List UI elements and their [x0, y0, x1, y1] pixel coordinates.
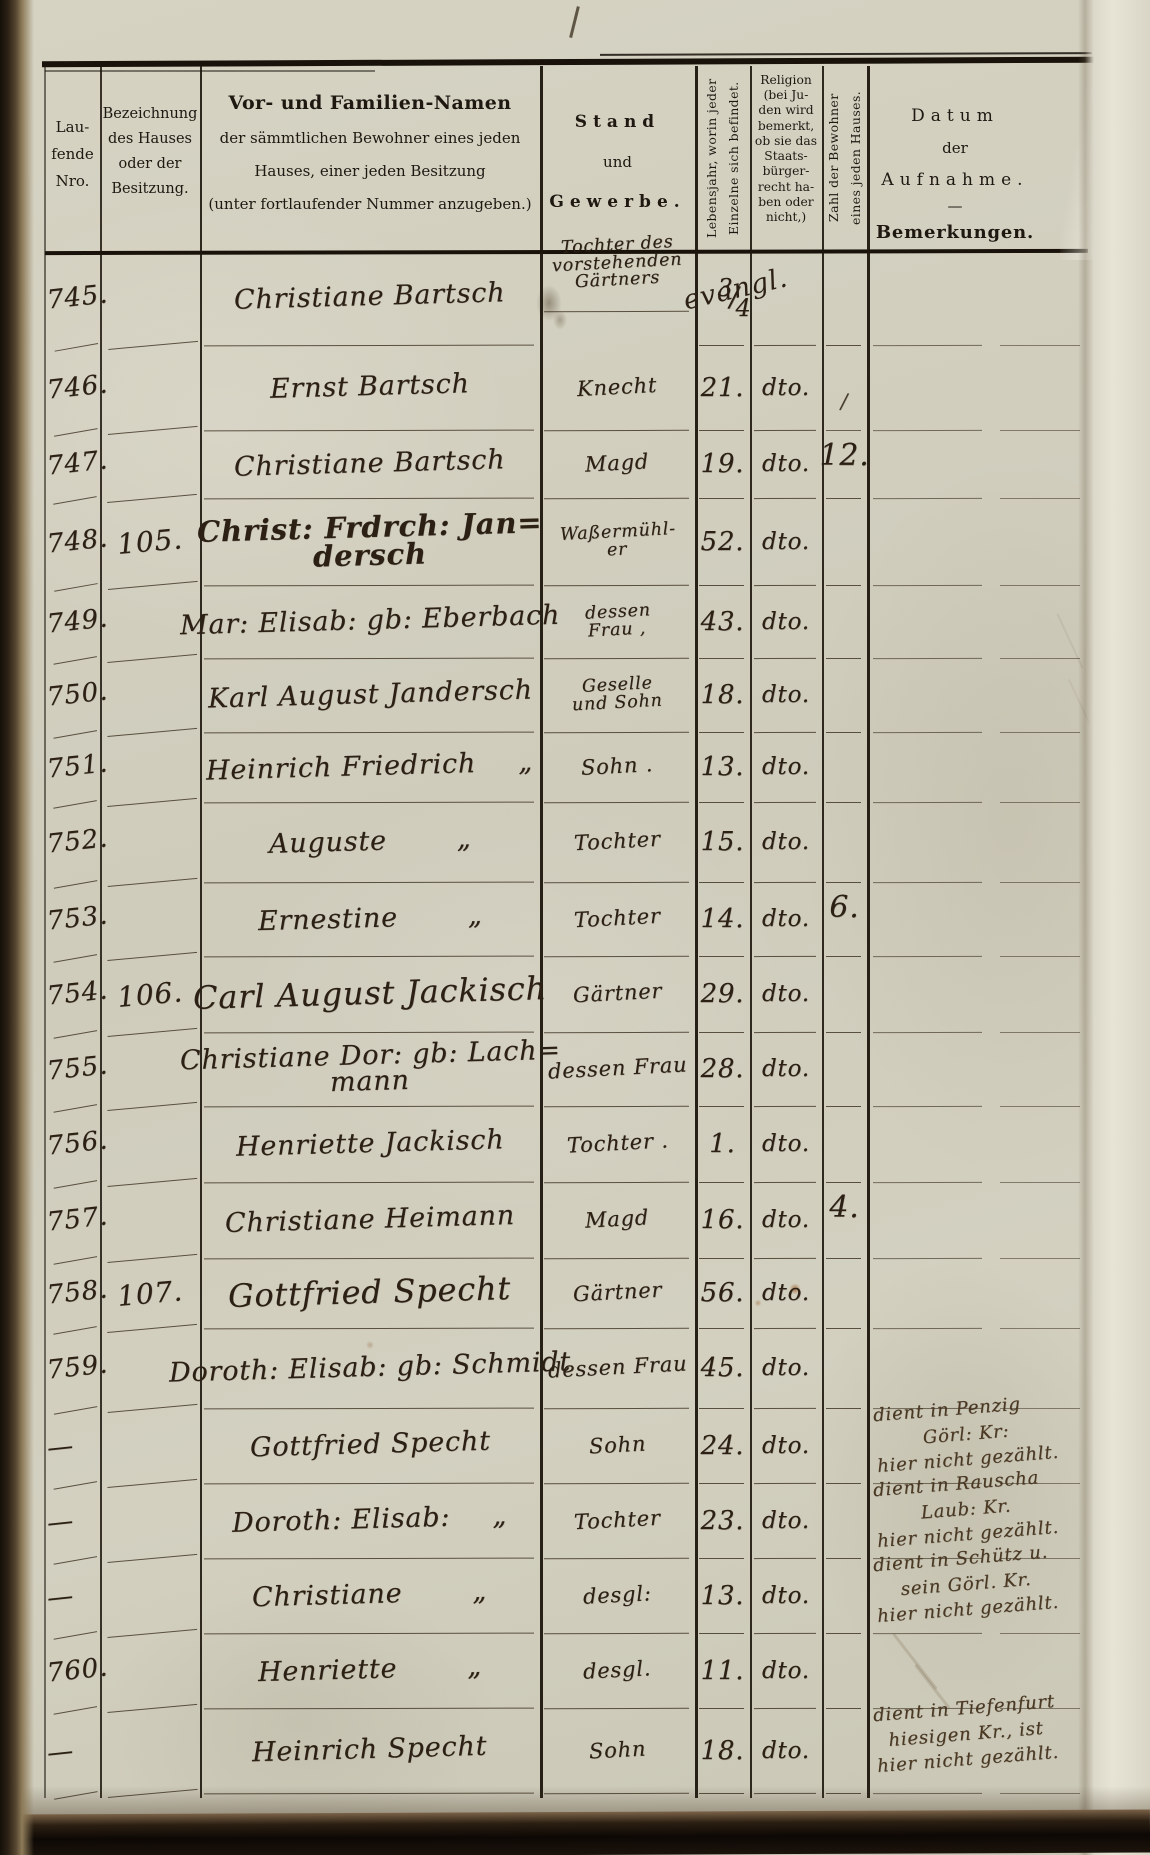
cell-stand-gewerbe: Geselleund Sohn: [540, 658, 695, 732]
cell-religion: dto.: [750, 345, 822, 430]
cell-age: 11.: [695, 1633, 750, 1708]
cell-house-number: [97, 1178, 203, 1262]
cell-religion: dto.: [750, 1182, 822, 1258]
register-row: 749.Mar: Elisab: gb: EberbachdessenFrau …: [45, 585, 1088, 658]
register-row: 759.Doroth: Elisab: gb: Schmidtdessen Fr…: [45, 1328, 1088, 1408]
register-row: 747.Christiane BartschMagd19.dto.12.: [45, 430, 1088, 498]
cell-bemerkungen: [867, 956, 1088, 1032]
cell-name: Christ: Frdrch: Jan=dersch: [200, 498, 540, 585]
cell-stand-gewerbe: dessenFrau ,: [540, 585, 695, 658]
cell-stand-gewerbe: dessen Frau: [540, 1328, 695, 1408]
cell-house-number: 106.: [97, 952, 203, 1036]
register-row: —Heinrich SpechtSohn18.dto.dient in Tief…: [45, 1708, 1088, 1793]
cell-religion: dto.: [750, 1032, 822, 1106]
cell-name: Carl August Jackisch: [200, 956, 540, 1032]
register-row: 756.Henriette JackischTochter .1.dto.: [45, 1106, 1088, 1182]
cell-bemerkungen: dient in Tiefenfurthiesigen Kr., isthier…: [867, 1708, 1088, 1793]
header-title: Vor- und Familien-Namen: [229, 92, 512, 114]
cell-religion: dto.: [750, 1708, 822, 1793]
register-row: 755.Christiane Dor: gb: Lach=manndessen …: [45, 1032, 1088, 1106]
register-row: 746.Ernst BartschKnecht21.dto.∕: [45, 345, 1088, 430]
cell-laufende-nro: 755.: [41, 1029, 103, 1108]
cell-name: Henriette Jackisch: [200, 1106, 540, 1182]
cell-laufende-nro: 748.: [41, 495, 105, 587]
cell-house-number: [96, 341, 203, 434]
cell-house-number: 107.: [97, 1254, 203, 1332]
header-line: Religion: [760, 73, 812, 88]
cell-laufende-nro: 756.: [41, 1103, 104, 1184]
cell-zahl-bewohner: [822, 1106, 867, 1182]
cell-laufende-nro: 760.: [41, 1630, 104, 1710]
cell-age: 21.: [695, 345, 750, 430]
header-line: der: [942, 139, 968, 157]
header-line: oder der: [119, 156, 182, 172]
cell-house-number: [97, 1554, 203, 1637]
cell-house-number: [97, 1629, 203, 1712]
cell-house-number: [97, 878, 203, 960]
header-line: nicht,): [766, 210, 806, 225]
header-line: der sämmtlichen Bewohner eines jeden: [220, 129, 521, 147]
book-binding-bottom: [0, 1809, 1150, 1855]
cell-laufende-nro: 757.: [41, 1179, 104, 1260]
cell-age: 19.: [695, 430, 750, 498]
cell-bemerkungen: [867, 1182, 1088, 1258]
cell-religion: dto.: [750, 1483, 822, 1558]
cell-stand-gewerbe: Tochter .: [540, 1106, 695, 1182]
cell-zahl-bewohner: 6.: [822, 882, 867, 956]
cell-religion: dto.: [750, 732, 822, 802]
cell-laufende-nro: 745.: [40, 247, 105, 347]
register-row: —Doroth: Elisab: „Tochter23.dto.dient in…: [45, 1483, 1088, 1558]
cell-stand-gewerbe: Magd: [540, 1182, 695, 1258]
header-line: Lau-: [56, 118, 90, 136]
cell-zahl-bewohner: [822, 1328, 867, 1408]
cell-age: 15.: [695, 802, 750, 882]
cell-religion: dto.: [750, 1408, 822, 1483]
register-row: —Christiane „desgl:13.dto.dient in Schüt…: [45, 1558, 1088, 1633]
cell-stand-gewerbe: Gärtner: [540, 956, 695, 1032]
cell-age: 16.: [695, 1182, 750, 1258]
column-header-lebensjahr: Lebensjahr, worin jeder Einzelne sich be…: [695, 66, 750, 250]
cell-name: Christiane „: [200, 1558, 540, 1633]
cell-name: Christiane Heimann: [200, 1182, 540, 1258]
cell-bemerkungen: [867, 732, 1088, 802]
cell-age: 18.: [695, 1708, 750, 1793]
cell-name: Christiane Bartsch: [200, 250, 540, 345]
cell-age: 43.: [695, 585, 750, 658]
header-line: ben oder: [758, 195, 813, 210]
cell-name: Gottfried Specht: [200, 1408, 540, 1483]
cell-stand-gewerbe: Tochter: [540, 882, 695, 956]
cell-house-number: [97, 1102, 203, 1186]
cell-stand-gewerbe: Tochter: [540, 1483, 695, 1558]
column-header-laufende-nro: Lau- fende Nro.: [45, 66, 100, 250]
header-line: recht ha-: [758, 180, 814, 195]
header-line: ob sie das: [755, 134, 817, 149]
header-line: fende: [51, 145, 94, 163]
cell-stand-gewerbe: Waßermühl-er: [540, 498, 695, 585]
cell-house-number: [97, 1404, 203, 1487]
cell-zahl-bewohner: [822, 1408, 867, 1483]
cell-zahl-bewohner: [822, 1558, 867, 1633]
cell-zahl-bewohner: 4.: [822, 1182, 867, 1258]
cell-religion: dto.: [750, 585, 822, 658]
cell-zahl-bewohner: [822, 1633, 867, 1708]
cell-name: Christiane Dor: gb: Lach=mann: [200, 1032, 540, 1106]
header-line: den wird: [758, 103, 813, 118]
cell-house-number: [97, 798, 204, 886]
cell-laufende-nro: 747.: [42, 427, 104, 500]
cell-bemerkungen: [867, 430, 1088, 498]
cell-religion: dto.: [750, 1328, 822, 1408]
torn-paper-corner: [1060, 0, 1150, 260]
cell-name: Doroth: Elisab: „: [200, 1483, 540, 1558]
header-line: Staats-: [764, 149, 807, 164]
cell-stand-gewerbe: Knecht: [540, 345, 695, 430]
header-line: Datum: [911, 106, 999, 126]
cell-name: Henriette „: [200, 1633, 540, 1708]
cell-age: 14.: [695, 882, 750, 956]
header-line: Aufnahme.: [881, 170, 1028, 190]
column-header-zahl-bewohner: Zahl der Bewohner eines jeden Hauses.: [822, 66, 867, 250]
cell-zahl-bewohner: [822, 498, 867, 585]
cell-bemerkungen: [867, 498, 1088, 585]
cell-stand-gewerbe: Tochter: [540, 802, 695, 882]
header-line: und: [603, 153, 632, 171]
cell-zahl-bewohner: ∕: [822, 345, 867, 430]
cell-bemerkungen: [867, 1258, 1088, 1328]
cell-name: Doroth: Elisab: gb: Schmidt: [200, 1328, 540, 1408]
cell-laufende-nro: 750.: [41, 655, 103, 734]
cell-age: 13.: [695, 1558, 750, 1633]
register-row: 745.Christiane BartschTochter desvorsteh…: [45, 250, 1088, 345]
cell-bemerkungen: [867, 1106, 1088, 1182]
cell-house-number: [96, 246, 204, 349]
cell-age: 45.: [695, 1328, 750, 1408]
register-row: 750.Karl August JanderschGeselleund Sohn…: [45, 658, 1088, 732]
cell-religion: dto.: [750, 956, 822, 1032]
cell-name: Heinrich Specht: [200, 1708, 540, 1793]
header-line: des Hauses: [108, 131, 192, 147]
cell-stand-gewerbe: Tochter desvorstehendenGärtners: [540, 216, 695, 311]
cell-stand-gewerbe: desgl:: [540, 1558, 695, 1633]
cell-religion: dto.: [750, 430, 822, 498]
cell-religion: dto.: [750, 1258, 822, 1328]
census-register-page: Lau- fende Nro. Bezeichnung des Hauses o…: [0, 0, 1150, 1855]
cell-age: 52.: [695, 498, 750, 585]
cell-name: Ernestine „: [200, 882, 540, 956]
cell-bemerkungen: [867, 882, 1088, 956]
cell-name: Ernst Bartsch: [200, 345, 540, 430]
header-line: Besitzung.: [111, 181, 188, 197]
header-line: Nro.: [56, 172, 90, 190]
cell-age: 28.: [695, 1032, 750, 1106]
register-row: 758.107.Gottfried SpechtGärtner56.dto.: [45, 1258, 1088, 1328]
cell-laufende-nro: 752.: [41, 799, 104, 884]
top-rule-thin: [600, 52, 1092, 56]
cell-house-number: 105.: [96, 494, 203, 589]
column-header-names: Vor- und Familien-Namen der sämmtlichen …: [200, 66, 540, 250]
cell-zahl-bewohner: [822, 956, 867, 1032]
cell-house-number: [97, 654, 203, 736]
cell-stand-gewerbe: Magd: [540, 430, 695, 498]
cell-laufende-nro: 751.: [41, 729, 103, 804]
header-line: Stand: [575, 112, 660, 132]
vertical-header-text: Zahl der Bewohner eines jeden Hauses.: [823, 69, 867, 247]
column-header-religion: Religion (bei Ju- den wird bemerkt, ob s…: [750, 66, 822, 250]
header-line: (unter fortlaufender Nummer anzugeben.): [208, 195, 531, 213]
cell-age: 24.: [695, 1408, 750, 1483]
cell-age: 18.: [695, 658, 750, 732]
cell-name: Heinrich Friedrich „: [200, 732, 540, 802]
cell-religion: dto.: [750, 1106, 822, 1182]
column-header-house: Bezeichnung des Hauses oder der Besitzun…: [100, 66, 200, 250]
cell-zahl-bewohner: [822, 802, 867, 882]
cell-laufende-nro: —: [41, 1555, 104, 1635]
cell-laufende-nro: 746.: [41, 342, 105, 432]
cell-house-number: [97, 426, 203, 502]
cell-laufende-nro: —: [41, 1480, 104, 1560]
cell-name: Mar: Elisab: gb: Eberbach: [200, 585, 540, 658]
register-row: 748.105.Christ: Frdrch: Jan=derschWaßerm…: [45, 498, 1088, 585]
cell-stand-gewerbe: Sohn: [540, 1708, 695, 1793]
cell-zahl-bewohner: [822, 1258, 867, 1328]
cell-age: 13.: [695, 732, 750, 802]
cell-laufende-nro: 753.: [41, 879, 103, 958]
register-row: 751.Heinrich Friedrich „Sohn .13.dto.: [45, 732, 1088, 802]
register-row: 757.Christiane HeimannMagd16.dto.4.: [45, 1182, 1088, 1258]
vertical-header-text: Lebensjahr, worin jeder Einzelne sich be…: [701, 69, 745, 247]
cell-bemerkungen: [867, 1032, 1088, 1106]
cell-religion: dto.: [750, 1558, 822, 1633]
cell-laufende-nro: 758.: [41, 1255, 103, 1330]
cell-name: Auguste „: [200, 802, 540, 882]
cell-zahl-bewohner: [822, 1032, 867, 1106]
cell-zahl-bewohner: [822, 732, 867, 802]
cell-bemerkungen: [867, 658, 1088, 732]
cell-religion: dto.: [750, 1633, 822, 1708]
header-line: Hauses, einer jeden Besitzung: [254, 162, 485, 180]
register-row: 754.106.Carl August JackischGärtner29.dt…: [45, 956, 1088, 1032]
header-line: Gewerbe.: [549, 192, 685, 212]
header-line: Bezeichnung: [103, 106, 198, 122]
cell-house-number: [97, 1479, 203, 1562]
cell-age: 1.: [695, 1106, 750, 1182]
cell-stand-gewerbe: Sohn .: [540, 732, 695, 802]
cell-name: Christiane Bartsch: [200, 430, 540, 498]
cell-zahl-bewohner: [822, 1708, 867, 1793]
cell-name: Karl August Jandersch: [200, 658, 540, 732]
cell-religion: dto.: [750, 882, 822, 956]
cell-bemerkungen: [867, 585, 1088, 658]
cell-stand-gewerbe: Gärtner: [540, 1258, 695, 1328]
cell-name: Gottfried Specht: [200, 1258, 540, 1328]
cell-zahl-bewohner: 12.: [822, 430, 867, 498]
cell-bemerkungen: [867, 345, 1088, 430]
cell-laufende-nro: 749.: [41, 582, 103, 660]
cell-stand-gewerbe: Sohn: [540, 1408, 695, 1483]
cell-house-number: [97, 728, 203, 806]
cell-age: 29.: [695, 956, 750, 1032]
cell-laufende-nro: 759.: [41, 1325, 104, 1410]
column-header-datum-bemerkungen: Datum der Aufnahme. — Bemerkungen.: [867, 66, 1043, 250]
cell-zahl-bewohner: [822, 658, 867, 732]
cell-laufende-nro: 754.: [41, 953, 104, 1034]
book-binding-left: [0, 0, 34, 1855]
cell-stand-gewerbe: dessen Frau: [540, 1032, 695, 1106]
cell-age: 56.: [695, 1258, 750, 1328]
cell-zahl-bewohner: [822, 1483, 867, 1558]
cell-laufende-nro: —: [41, 1705, 105, 1795]
cell-religion: dto.: [750, 498, 822, 585]
cell-age: 23.: [695, 1483, 750, 1558]
cell-zahl-bewohner: [822, 585, 867, 658]
cell-stand-gewerbe: desgl.: [540, 1633, 695, 1708]
stray-pen-mark: [569, 6, 579, 38]
cell-laufende-nro: —: [41, 1405, 104, 1485]
register-row: —Gottfried SpechtSohn24.dto.dient in Pen…: [45, 1408, 1088, 1483]
cell-religion: dto.: [750, 802, 822, 882]
header-divider-dash: —: [948, 203, 963, 209]
header-line: (bei Ju-: [764, 88, 809, 103]
register-row: 752.Auguste „Tochter15.dto.: [45, 802, 1088, 882]
register-row: 753.Ernestine „Tochter14.dto.6.: [45, 882, 1088, 956]
cell-bemerkungen: [867, 802, 1088, 882]
register-row: 760.Henriette „desgl.11.dto.: [45, 1633, 1088, 1708]
cell-religion: dto.: [750, 658, 822, 732]
cell-house-number: [96, 1704, 203, 1797]
header-line: bemerkt,: [758, 119, 814, 134]
header-line: bürger-: [763, 164, 810, 179]
cell-bemerkungen: dient in Schütz u.sein Görl. Kr.hier nic…: [867, 1558, 1088, 1633]
page-right-edge: [1078, 0, 1150, 1855]
